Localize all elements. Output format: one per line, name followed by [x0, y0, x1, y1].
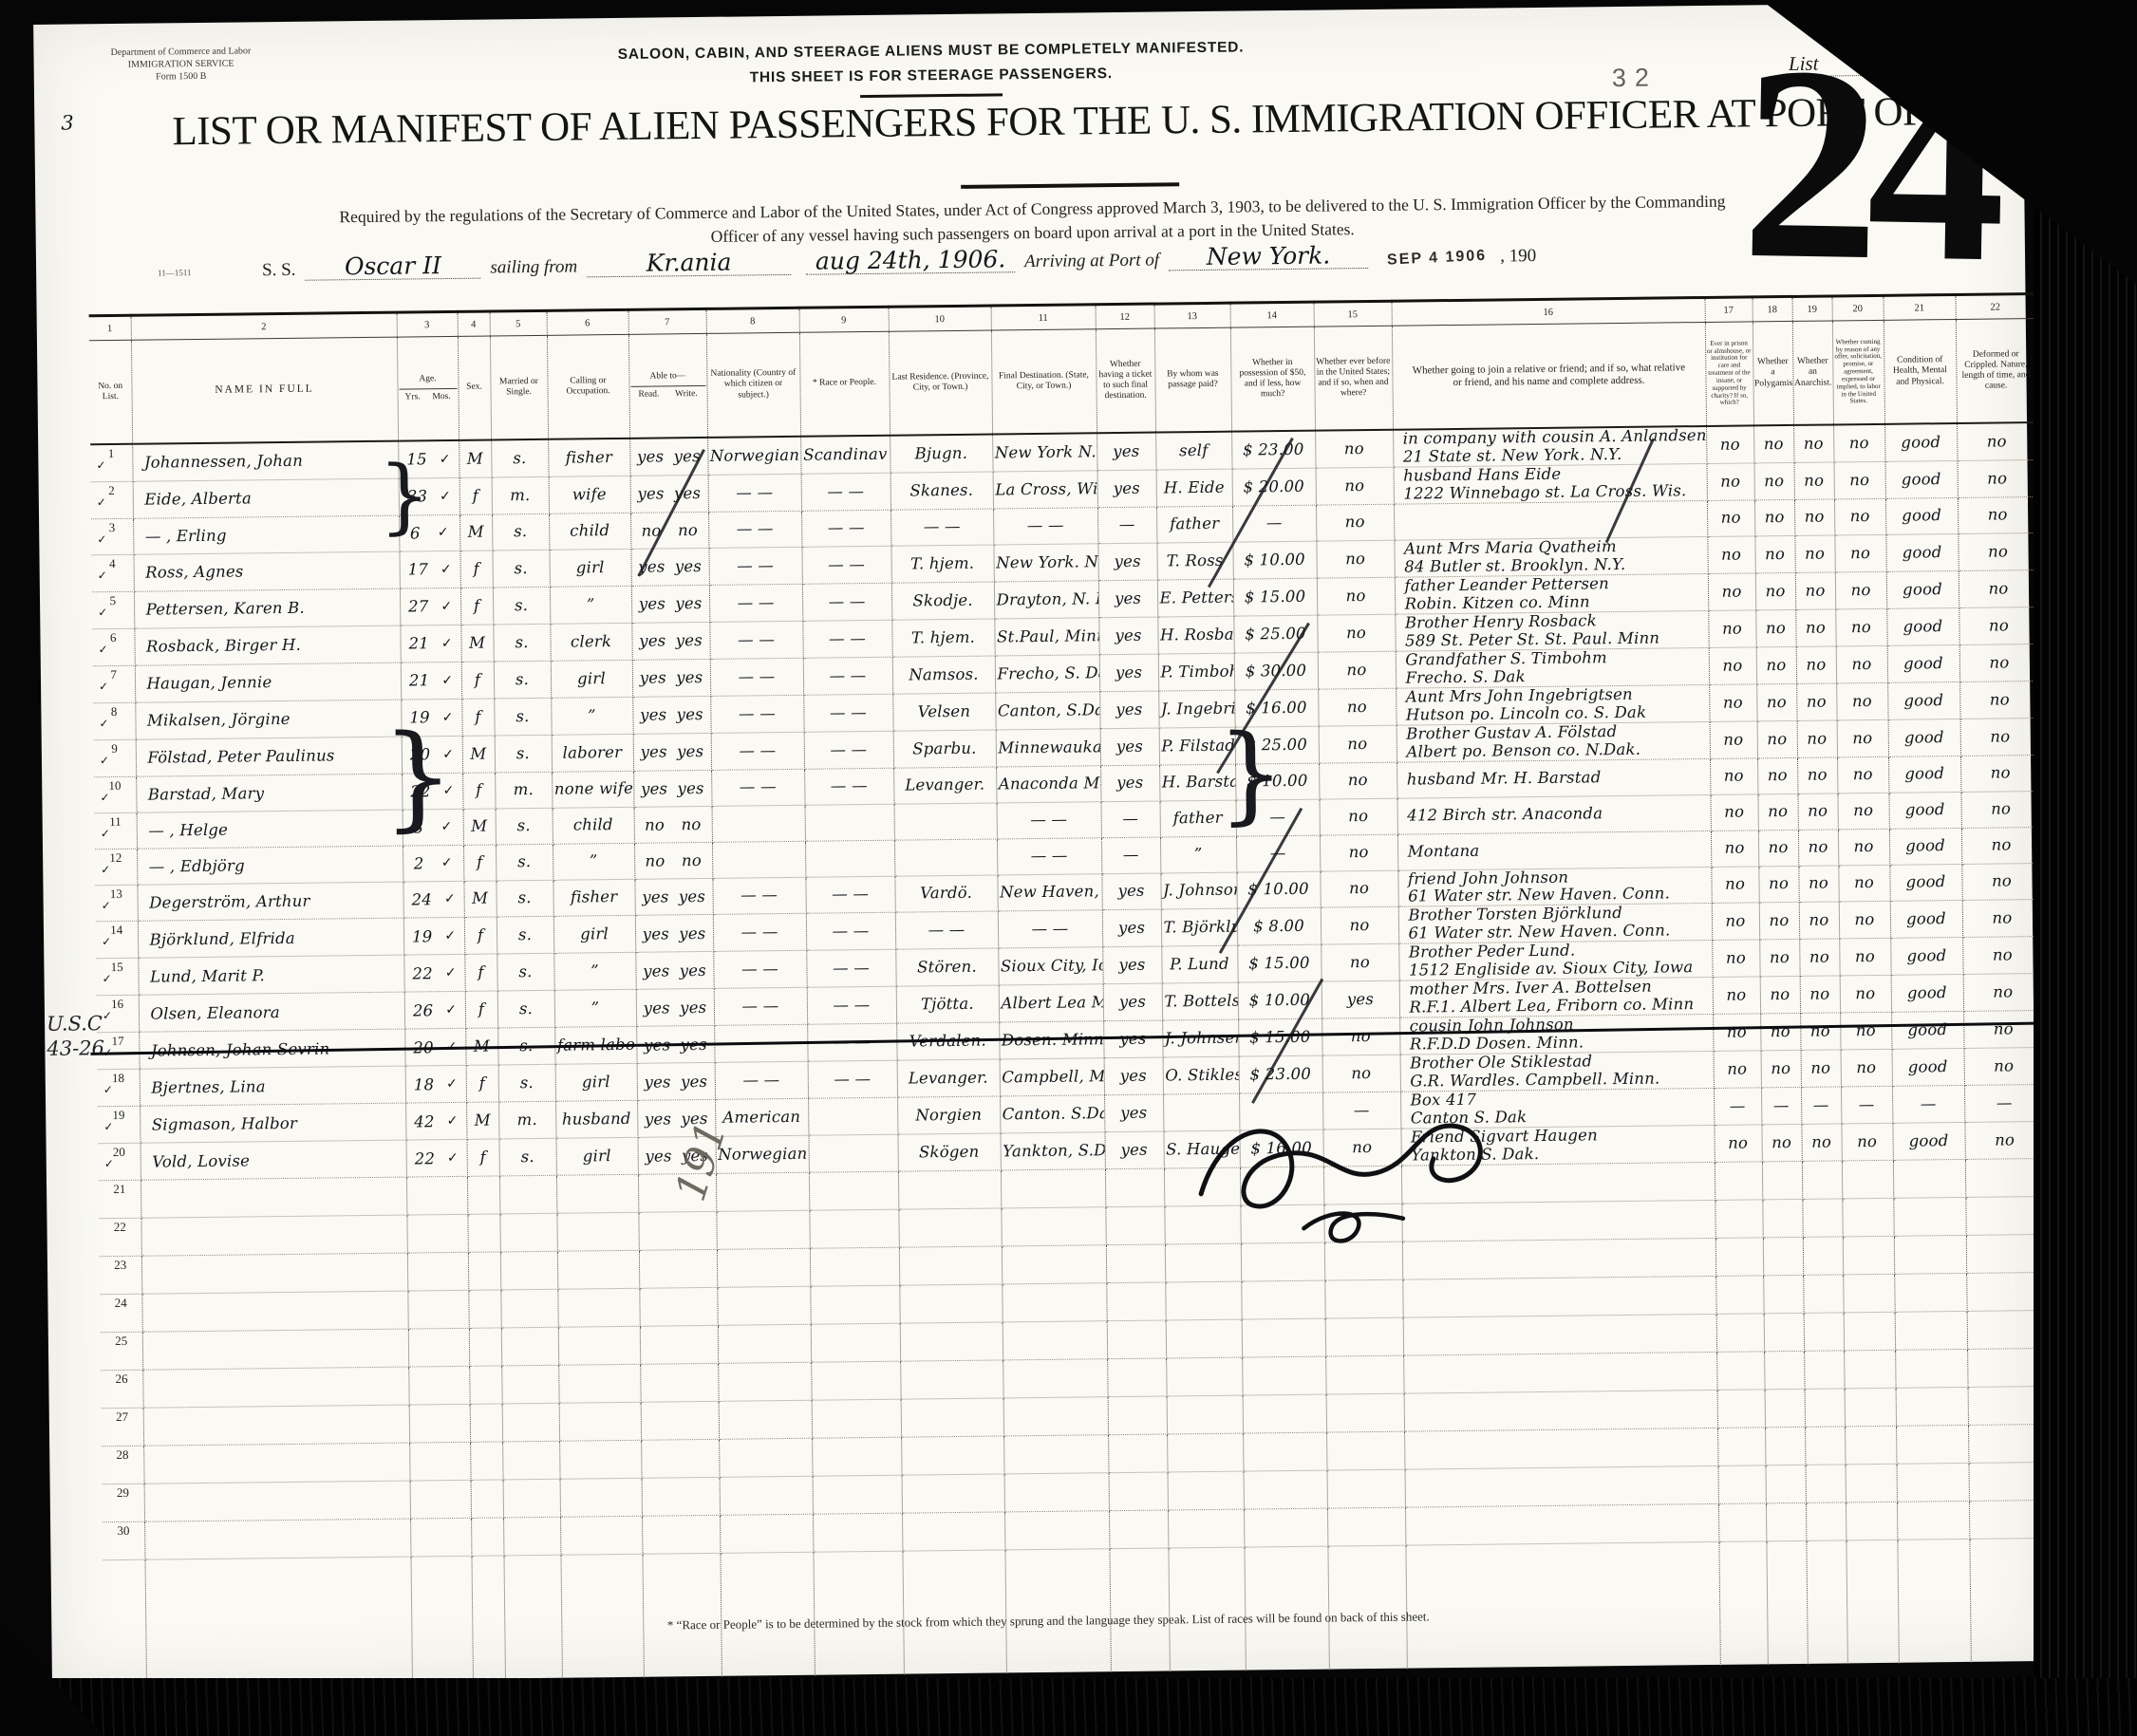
cell-polygamist: no	[1758, 866, 1798, 903]
cell-labor-offer: no	[1835, 571, 1886, 609]
cell-health: good	[1889, 828, 1961, 865]
empty-cell	[1715, 1276, 1763, 1315]
column-number-residence: 10	[889, 306, 991, 331]
cell-deformed: no	[1963, 974, 2043, 1012]
cell-nationality: — —	[710, 695, 803, 733]
cell-ticket: yes	[1099, 654, 1158, 692]
cell-prison: no	[1713, 1014, 1760, 1052]
empty-cell	[1716, 1352, 1764, 1391]
cell-polygamist: no	[1759, 903, 1799, 940]
cell-polygamist: no	[1757, 793, 1797, 830]
usc-line-1: U.S.C	[47, 1011, 104, 1036]
master-signature-icon	[1179, 1079, 1514, 1266]
empty-cell	[1806, 1503, 1846, 1540]
cell-labor-offer: no	[1838, 829, 1889, 866]
cell-name: Mikalsen, Jörgine	[135, 700, 401, 739]
cell-health: good	[1884, 423, 1957, 461]
empty-cell	[810, 1285, 899, 1324]
empty-cell	[501, 1365, 558, 1404]
empty-cell	[811, 1323, 900, 1362]
cell-anarchist: no	[1796, 683, 1836, 720]
cell-money: —	[1236, 835, 1320, 872]
column-header-name: NAME IN FULL	[131, 337, 398, 444]
empty-cell	[1244, 1508, 1327, 1547]
cell-residence: Stören.	[895, 948, 998, 986]
cell-anarchist: no	[1797, 793, 1837, 829]
cell-anarchist: no	[1801, 1124, 1841, 1161]
empty-cell	[1805, 1427, 1845, 1465]
empty-cell	[1168, 1547, 1245, 1671]
empty-cell	[898, 1170, 1001, 1209]
arriving-label: Arriving at Port of	[1024, 251, 1159, 272]
empty-cell	[469, 1328, 501, 1366]
cell-anarchist: no	[1798, 865, 1838, 902]
cell-occupation: girl	[555, 1063, 637, 1101]
empty-cell	[1403, 1314, 1716, 1355]
cell-occupation: ”	[554, 990, 636, 1028]
empty-cell	[809, 1171, 898, 1210]
cell-destination: Canton, S.Dak	[995, 691, 1099, 729]
cell-destination: Anaconda Mont	[996, 765, 1100, 802]
cell-marital: s.	[494, 698, 551, 736]
cell-name: Eide, Alberta	[133, 478, 399, 518]
empty-cell	[1896, 1425, 1968, 1464]
column-header-readwrite: Able to—Read.Write.	[628, 333, 707, 438]
cell-no: 3✓	[91, 518, 133, 554]
empty-cell	[1241, 1280, 1324, 1319]
cell-prison: no	[1714, 1125, 1761, 1163]
cell-nationality	[712, 841, 805, 878]
cell-relative: 412 Birch str. Anaconda	[1397, 794, 1710, 834]
cell-polygamist: no	[1761, 1051, 1801, 1088]
empty-cell	[1105, 1206, 1164, 1245]
cell-labor-offer: no	[1841, 1123, 1892, 1161]
cell-no: 23	[100, 1256, 141, 1294]
cell-health: good	[1887, 681, 1959, 719]
empty-cell	[407, 1252, 468, 1291]
cell-health: good	[1890, 901, 1962, 939]
empty-cell	[1893, 1197, 1965, 1236]
cell-age: 24✓	[403, 881, 463, 919]
cell-polygamist: no	[1757, 720, 1797, 757]
cell-deformed: no	[1957, 422, 2036, 460]
usc-line-2: 43-26	[47, 1036, 104, 1061]
empty-cell	[1001, 1169, 1105, 1208]
cell-paid-by: self	[1155, 432, 1231, 470]
empty-cell	[142, 1329, 408, 1370]
empty-cell	[141, 1177, 406, 1218]
cell-age: 18✓	[405, 1066, 466, 1104]
cell-deformed: no	[1963, 1011, 2043, 1049]
cell-nationality: — —	[708, 511, 801, 548]
cell-deformed: no	[1958, 532, 2037, 570]
cell-relative: Aunt Mrs John IngebrigtsenHutson po. Lin…	[1396, 684, 1709, 725]
empty-cell	[410, 1556, 472, 1680]
cell-ticket: —	[1101, 837, 1160, 874]
column-number-relative: 16	[1392, 297, 1705, 326]
cell-relative: husband Mr. H. Barstad	[1397, 758, 1710, 798]
cell-name: — , Erling	[133, 515, 399, 554]
cell-deformed: no	[1958, 496, 2037, 533]
empty-cell	[1243, 1394, 1326, 1433]
cell-sex: M	[463, 808, 496, 844]
cell-labor-offer: no	[1836, 682, 1887, 720]
cell-polygamist: no	[1758, 830, 1798, 866]
cell-destination: St.Paul, Minn	[994, 617, 1098, 655]
cell-health: good	[1892, 1122, 1964, 1160]
empty-cell	[813, 1551, 903, 1676]
cell-paid-by: E. Pettersen	[1157, 579, 1233, 617]
cell-sex: M	[463, 880, 496, 917]
cell-occupation: husband	[555, 1100, 637, 1138]
empty-cell	[141, 1215, 406, 1256]
cell-prison: no	[1710, 720, 1757, 758]
cell-no: 19✓	[98, 1106, 140, 1143]
empty-cell	[1327, 1469, 1405, 1508]
empty-cell	[1003, 1321, 1107, 1360]
cell-relative: in company with cousin A. Anlandsen21 St…	[1393, 426, 1706, 467]
empty-cell	[639, 1249, 717, 1288]
cell-anarchist: no	[1796, 646, 1836, 683]
cell-no: 8✓	[93, 702, 135, 739]
cell-money: $ 10.00	[1232, 541, 1316, 579]
empty-cell	[642, 1553, 721, 1677]
cell-before-us: no	[1318, 688, 1396, 726]
empty-cell	[900, 1360, 1003, 1399]
cell-ticket: —	[1097, 507, 1156, 544]
cell-health: good	[1887, 644, 1959, 682]
empty-cell	[470, 1442, 502, 1480]
cell-no: 30	[103, 1521, 144, 1559]
cell-ticket: yes	[1097, 433, 1155, 471]
cell-nationality: — —	[712, 877, 805, 915]
cell-prison: no	[1706, 425, 1753, 463]
cell-prison: no	[1709, 647, 1756, 685]
cell-race: — —	[801, 510, 890, 547]
cell-readwrite: yesyes	[635, 952, 713, 990]
empty-cell	[1244, 1546, 1328, 1671]
ship-name-handwritten: Oscar II	[305, 253, 480, 281]
empty-cell	[1326, 1431, 1404, 1470]
empty-cell	[1402, 1276, 1715, 1317]
cell-labor-offer: no	[1834, 498, 1885, 535]
empty-cell	[1762, 1161, 1802, 1199]
cell-labor-offer: no	[1833, 424, 1884, 462]
cell-race: — —	[807, 987, 896, 1025]
cell-prison: no	[1710, 757, 1757, 794]
cell-marital: s.	[498, 1064, 555, 1102]
empty-cell	[639, 1287, 717, 1326]
empty-cell	[1895, 1311, 1967, 1350]
cell-race: — —	[804, 731, 893, 769]
cell-readwrite: nono	[634, 806, 712, 843]
cell-no: 7✓	[93, 665, 135, 702]
cell-age: 17✓	[399, 551, 459, 588]
cell-age: 26✓	[404, 992, 465, 1030]
empty-cell	[716, 1210, 809, 1249]
cell-marital: s.	[491, 439, 548, 477]
cell-destination: Minnewaukan N.Dak	[996, 728, 1100, 766]
cell-before-us: no	[1319, 725, 1397, 763]
empty-cell	[1166, 1357, 1242, 1396]
column-header-ticket: Whether having a ticket to such final de…	[1096, 328, 1155, 433]
cell-residence: T. hjem.	[891, 619, 994, 657]
empty-cell	[1844, 1312, 1895, 1351]
manifest-table-body: 1✓Johannessen, Johan15✓Ms.fisheryesyesNo…	[90, 422, 2051, 1684]
empty-cell	[1717, 1428, 1765, 1466]
cell-marital: s.	[493, 587, 550, 625]
cell-before-us: no	[1320, 834, 1397, 871]
column-header-c17: Ever in prison or almshouse, or institut…	[1705, 322, 1753, 426]
cell-residence: — —	[895, 911, 998, 949]
cell-race: — —	[802, 583, 891, 621]
cell-readwrite: yesyes	[636, 989, 714, 1027]
cell-name: Vold, Lovise	[141, 1140, 406, 1180]
empty-cell	[1165, 1281, 1241, 1320]
cell-labor-offer: no	[1841, 1049, 1892, 1087]
cell-occupation: laborer	[552, 734, 633, 772]
empty-cell	[558, 1364, 640, 1403]
cell-ticket: yes	[1104, 1057, 1163, 1095]
cell-age: 19✓	[403, 918, 464, 956]
empty-cell	[1842, 1198, 1893, 1237]
payment-brace-rows-10-12: }	[1217, 720, 1286, 828]
family-brace-rows-2-3: }	[378, 455, 431, 537]
sailing-from-label: sailing from	[490, 256, 577, 277]
cell-race	[805, 804, 894, 841]
cell-deformed: no	[1962, 937, 2042, 975]
cell-relative	[1394, 500, 1707, 540]
cell-occupation: girl	[553, 916, 635, 954]
cell-relative: Brother Torsten Björklund61 Water str. N…	[1398, 904, 1712, 944]
family-brace-rows-10-12: }	[382, 720, 456, 835]
empty-cell	[811, 1361, 900, 1400]
cell-race	[808, 1134, 897, 1172]
empty-cell	[1166, 1319, 1242, 1358]
cell-relative: Montana	[1397, 831, 1711, 870]
cell-paid-by: ”	[1160, 836, 1236, 873]
empty-cell	[560, 1554, 643, 1678]
cell-destination: — —	[998, 910, 1102, 948]
empty-cell	[406, 1214, 467, 1253]
cell-sex: M	[459, 439, 491, 477]
empty-cell	[1002, 1283, 1106, 1322]
empty-cell	[641, 1401, 719, 1440]
cell-paid-by: P. Lund	[1161, 945, 1237, 983]
cell-labor-offer: no	[1837, 756, 1888, 793]
empty-cell	[1107, 1320, 1166, 1359]
column-header-money: Whether in possession of $50, and if les…	[1230, 327, 1315, 431]
cell-ticket: yes	[1103, 1020, 1162, 1058]
empty-cell	[501, 1327, 558, 1366]
cell-race: — —	[803, 657, 892, 695]
cell-deformed: no	[1957, 459, 2036, 497]
empty-cell	[1843, 1274, 1894, 1313]
empty-cell	[143, 1443, 409, 1484]
cell-before-us: no	[1318, 651, 1396, 689]
column-header-age: Age.Yrs.Mos.	[397, 336, 459, 440]
empty-cell	[1716, 1314, 1764, 1353]
cell-sex: f	[459, 551, 492, 588]
empty-cell	[557, 1250, 639, 1289]
column-number-destination: 11	[991, 305, 1096, 330]
empty-cell	[1844, 1350, 1895, 1389]
column-number-before_us: 15	[1314, 301, 1392, 327]
empty-cell	[641, 1439, 719, 1478]
cell-nationality: — —	[713, 951, 806, 989]
cell-readwrite: yesyes	[630, 475, 708, 513]
empty-cell	[559, 1440, 641, 1479]
cell-no: 11✓	[95, 812, 137, 849]
departure-port-handwritten: Kr.ania	[587, 250, 791, 278]
cell-prison: no	[1711, 830, 1758, 867]
cell-age: 27✓	[400, 588, 460, 625]
cell-readwrite: yesyes	[632, 659, 710, 697]
notice-line-1: SALOON, CABIN, AND STEERAGE ALIENS MUST …	[356, 36, 1505, 66]
cell-labor-offer: no	[1837, 719, 1888, 757]
empty-cell	[902, 1474, 1004, 1513]
cell-no: 18✓	[98, 1069, 140, 1106]
empty-cell	[499, 1213, 556, 1252]
cell-readwrite: yesyes	[634, 878, 712, 916]
empty-cell	[720, 1514, 813, 1553]
cell-nationality: — —	[709, 621, 802, 659]
cell-residence: Levanger.	[897, 1059, 1000, 1097]
cell-health: good	[1891, 1012, 1963, 1050]
cell-polygamist: no	[1760, 977, 1800, 1014]
cell-name: Bjertnes, Lina	[140, 1066, 405, 1106]
cell-prison: no	[1708, 573, 1755, 611]
cell-health: good	[1891, 975, 1963, 1013]
empty-cell	[1106, 1282, 1165, 1321]
cell-money: $ 15.00	[1233, 578, 1317, 616]
empty-cell	[716, 1172, 809, 1211]
column-number-sex: 4	[458, 311, 490, 336]
empty-cell	[1108, 1434, 1167, 1473]
empty-cell	[144, 1481, 410, 1521]
empty-cell	[1802, 1199, 1842, 1237]
cell-name: Björklund, Elfrida	[138, 919, 403, 959]
cell-readwrite: yesyes	[637, 1063, 715, 1101]
column-number-readwrite: 7	[628, 308, 706, 334]
cell-ticket: yes	[1101, 873, 1160, 911]
empty-cell	[1763, 1275, 1803, 1313]
cell-relative: Aunt Mrs Maria Qvatheim84 Butler st. Bro…	[1394, 536, 1707, 577]
empty-cell	[1805, 1465, 1845, 1503]
empty-cell	[1764, 1351, 1804, 1389]
empty-cell	[720, 1552, 814, 1677]
column-header-destination: Final Destination. (State, City, or Town…	[991, 329, 1097, 435]
empty-cell	[899, 1284, 1002, 1323]
empty-cell	[1715, 1200, 1762, 1239]
empty-cell	[503, 1555, 561, 1679]
cell-anarchist: no	[1795, 609, 1835, 646]
cell-paid-by: J. Johnson	[1160, 872, 1236, 910]
column-header-race: * Race or People.	[799, 331, 890, 437]
cell-residence: Skögen	[897, 1133, 1000, 1171]
empty-cell	[1325, 1355, 1403, 1394]
cell-relative: father Leander PettersenRobin. Kitzen co…	[1395, 573, 1708, 614]
cell-paid-by: P. Timbohm	[1158, 653, 1234, 691]
scan-edge-band	[0, 1678, 2137, 1736]
cell-prison: no	[1711, 866, 1758, 904]
cell-money: $ 15.00	[1237, 944, 1321, 982]
empty-cell	[1802, 1161, 1842, 1199]
column-number-no: 1	[89, 315, 131, 340]
cell-race: — —	[805, 876, 894, 914]
cell-residence: Vardö.	[894, 874, 997, 912]
cell-race: — —	[806, 950, 895, 988]
empty-cell	[467, 1176, 499, 1214]
cell-ticket: yes	[1102, 946, 1161, 984]
empty-cell	[141, 1253, 407, 1294]
column-header-no: No. on List.	[89, 340, 132, 444]
column-header-residence: Last Residence. (Province, City, or Town…	[889, 330, 992, 436]
cell-destination: New Haven, Conn	[997, 873, 1101, 911]
cell-health: good	[1886, 607, 1959, 645]
cell-polygamist: no	[1754, 535, 1794, 572]
empty-cell	[1717, 1390, 1765, 1428]
cell-name: — , Helge	[137, 810, 403, 849]
cell-health: good	[1889, 864, 1961, 902]
empty-cell	[1765, 1427, 1805, 1465]
cell-health: good	[1890, 938, 1962, 976]
cell-marital: s.	[499, 1138, 556, 1176]
cell-sex: f	[460, 588, 493, 625]
empty-cell	[558, 1326, 640, 1365]
column-number-nationality: 8	[706, 308, 799, 333]
cell-destination: Drayton, N. Dak	[994, 581, 1098, 619]
cell-prison: no	[1709, 684, 1756, 722]
empty-cell	[471, 1518, 503, 1556]
cell-residence: Bjugn.	[890, 435, 992, 474]
cell-labor-offer: no	[1837, 793, 1888, 830]
cell-anarchist: no	[1800, 976, 1840, 1013]
cell-destination: — —	[993, 508, 1097, 545]
cell-labor-offer: no	[1840, 1013, 1891, 1051]
empty-cell	[1003, 1359, 1107, 1398]
cell-race	[805, 840, 894, 877]
cell-anarchist: no	[1800, 1013, 1840, 1050]
empty-cell	[1105, 1168, 1164, 1207]
cell-no: 14✓	[96, 922, 138, 959]
empty-cell	[1896, 1463, 1968, 1502]
cell-age: 42✓	[405, 1102, 466, 1140]
column-header-relative: Whether going to join a relative or frie…	[1392, 322, 1706, 429]
cell-anarchist: no	[1797, 756, 1837, 793]
cell-age: 22✓	[406, 1139, 467, 1177]
cell-ticket: yes	[1097, 470, 1156, 508]
cell-name: Fölstad, Peter Paulinus	[136, 737, 402, 776]
cell-name: Rosback, Birger H.	[134, 625, 400, 665]
empty-cell	[812, 1399, 901, 1438]
cell-anarchist: no	[1797, 720, 1837, 757]
cell-polygamist: no	[1761, 1124, 1801, 1161]
cell-name: Pettersen, Karen B.	[134, 588, 400, 628]
cell-destination: Canton. S.Dak	[1000, 1095, 1104, 1133]
empty-cell	[409, 1442, 470, 1481]
empty-cell	[1894, 1235, 1966, 1274]
cell-age: 21✓	[400, 625, 460, 663]
empty-cell	[1324, 1279, 1402, 1318]
empty-cell	[1717, 1465, 1765, 1504]
cell-residence: Skanes.	[890, 472, 993, 510]
empty-cell	[1803, 1237, 1843, 1275]
cell-no: 12✓	[95, 849, 137, 885]
empty-cell	[1109, 1510, 1168, 1549]
cell-occupation: fisher	[548, 439, 629, 476]
cell-no: 1✓	[90, 444, 132, 482]
